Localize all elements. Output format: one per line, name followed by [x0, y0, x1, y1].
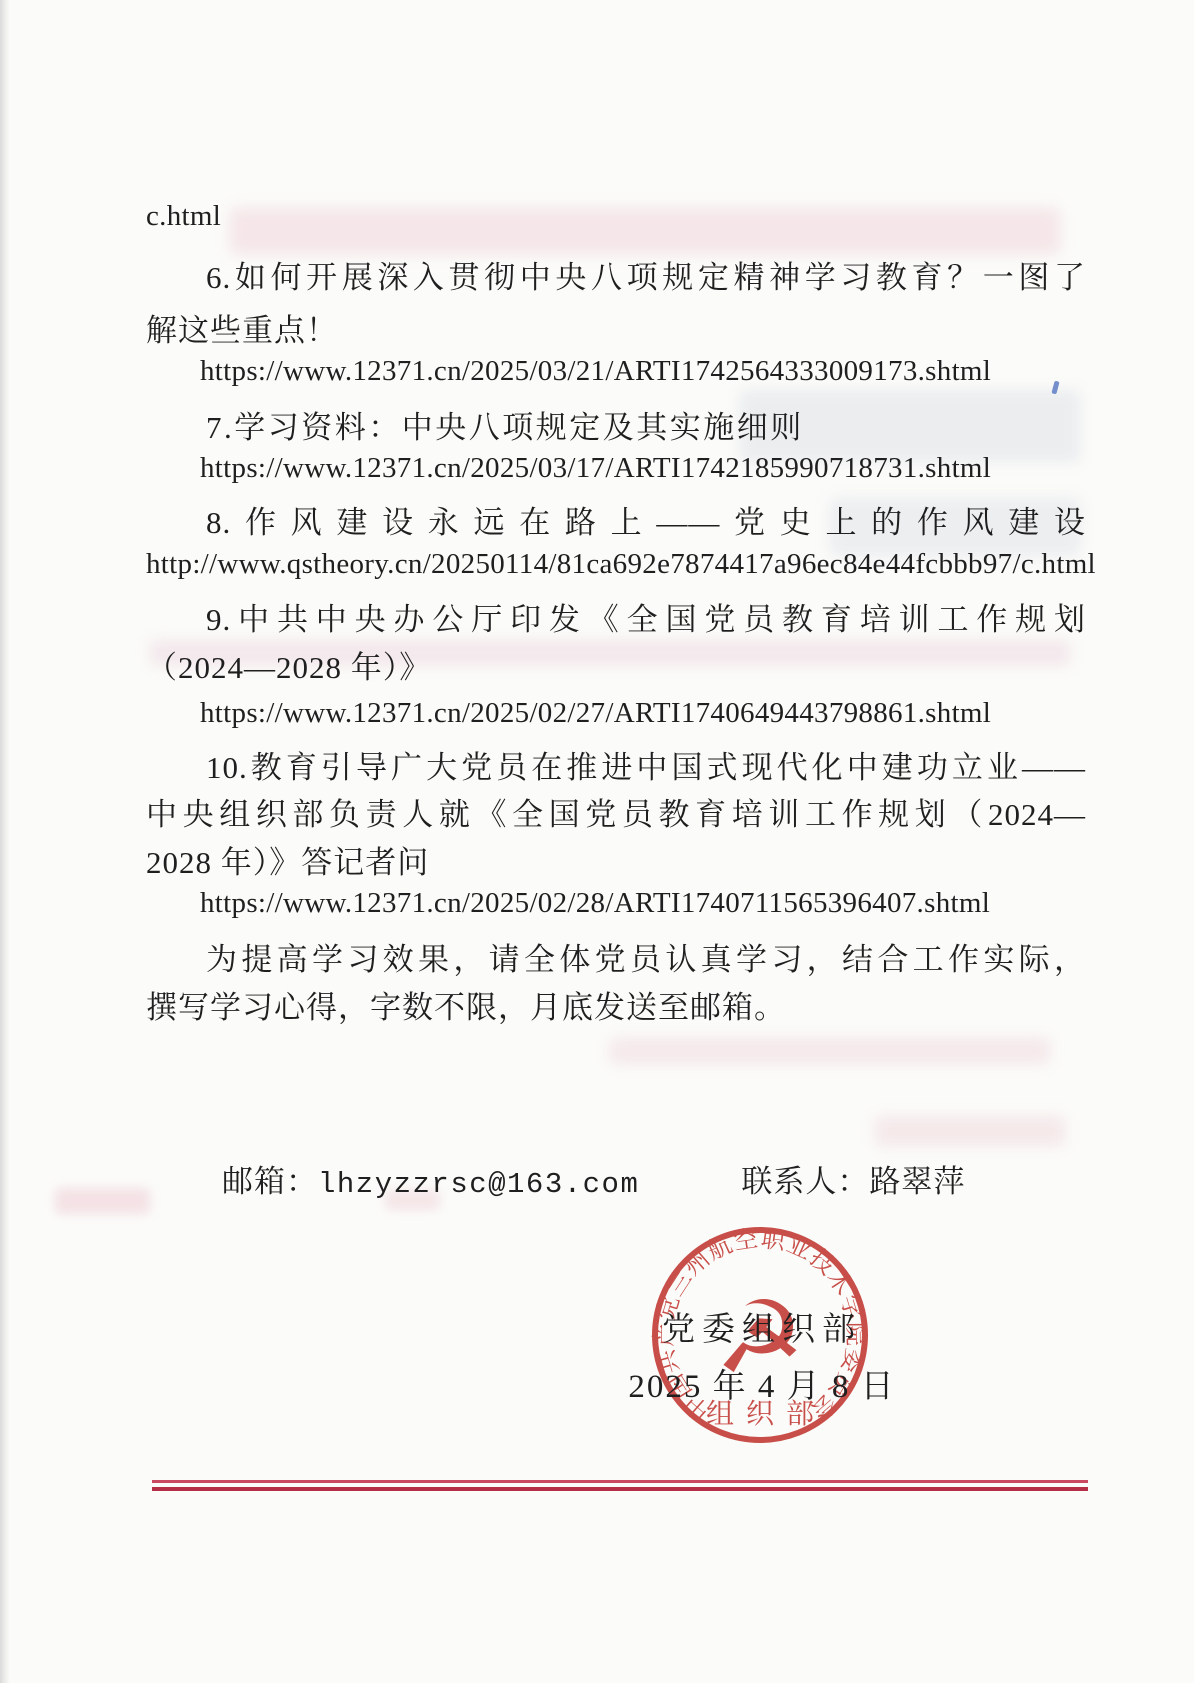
url-line: https://www.12371.cn/2025/02/27/ARTI1740…: [146, 697, 1086, 730]
email-value: lhzyzzrsc@163.com: [318, 1168, 639, 1201]
list-item-6-line-2: 解这些重点！: [146, 305, 1086, 350]
list-item-9-line-2: （2024—2028 年）》: [146, 642, 1086, 687]
closing-para-line-2: 撰写学习心得，字数不限，月底发送至邮箱。: [146, 982, 1086, 1027]
url-line: http://www.qstheory.cn/20250114/81ca692e…: [146, 548, 1086, 581]
list-item-10-line-3: 2028 年）》答记者问: [146, 837, 1086, 882]
footer-rule-thick: [152, 1487, 1088, 1491]
bleed-through-ghost: [875, 1116, 1065, 1146]
email-label: 邮箱：: [222, 1164, 318, 1199]
list-item-6-line-1: 6.如何开展深入贯彻中央八项规定精神学习教育？一图了: [146, 252, 1086, 297]
list-item-10-line-1: 10.教育引导广大党员在推进中国式现代化中建功立业——: [146, 742, 1086, 787]
url-fragment-line: c.html: [146, 200, 1086, 233]
list-item-9-line-1: 9.中共中央办公厅印发《全国党员教育培训工作规划: [146, 594, 1086, 639]
scan-edge-shadow: [0, 0, 10, 1683]
url-line: https://www.12371.cn/2025/02/28/ARTI1740…: [146, 887, 1086, 920]
url-line: https://www.12371.cn/2025/03/17/ARTI1742…: [146, 452, 1086, 485]
issue-date: 2025 年 4 月 8 日: [612, 1360, 912, 1407]
issuing-department: 党委组织部: [648, 1303, 876, 1350]
contact-person: 联系人：路翠萍: [741, 1164, 965, 1199]
footer-rule-thin: [152, 1480, 1088, 1483]
list-item-10-line-2: 中央组织部负责人就《全国党员教育培训工作规划（2024—: [146, 789, 1086, 834]
bleed-through-ghost: [55, 1188, 150, 1214]
contact-row: 邮箱：lhzyzzrsc@163.com联系人：路翠萍: [146, 1156, 1086, 1201]
list-item-7: 7.学习资料：中央八项规定及其实施细则: [146, 402, 1086, 447]
url-line: https://www.12371.cn/2025/03/21/ARTI1742…: [146, 355, 1086, 388]
scanned-document-page: c.html 6.如何开展深入贯彻中央八项规定精神学习教育？一图了 解这些重点！…: [0, 0, 1194, 1683]
closing-para-line-1: 为提高学习效果，请全体党员认真学习，结合工作实际，: [146, 934, 1086, 979]
list-item-8: 8.作风建设永远在路上——党史上的作风建设: [146, 497, 1086, 542]
bleed-through-ghost: [610, 1038, 1050, 1064]
